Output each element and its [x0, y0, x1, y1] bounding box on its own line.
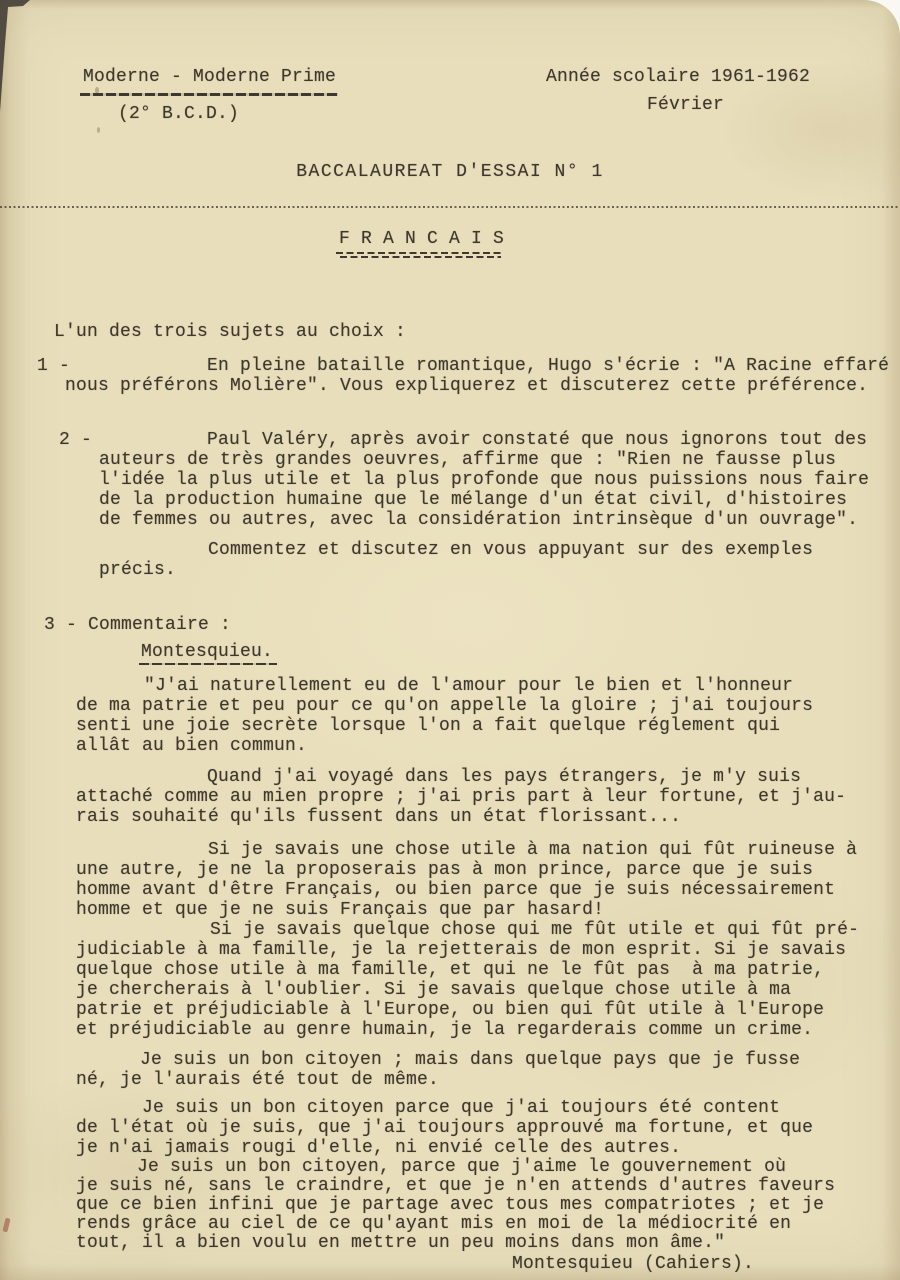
class-label: Moderne - Moderne Prime: [83, 67, 336, 87]
subject-1-text: En pleine bataille romantique, Hugo s'éc…: [65, 356, 895, 396]
subject-2-note: Commentez et discutez en vous appuyant s…: [99, 540, 895, 580]
school-year: Année scolaire 1961-1962: [546, 67, 810, 87]
paper-speck: [97, 127, 100, 133]
quote-paragraph-4: Si je savais quelque chose qui me fût ut…: [76, 920, 888, 1040]
month-label: Février: [647, 95, 724, 115]
subject-3-marker: 3 - Commentaire :: [44, 615, 231, 635]
subject-2-text: Paul Valéry, après avoir constaté que no…: [99, 430, 895, 530]
class-sections: (2° B.C.D.): [118, 104, 239, 124]
paper-stain: [2, 1218, 10, 1233]
perforated-rule: [0, 206, 900, 208]
quote-paragraph-2: Quand j'ai voyagé dans les pays étranger…: [76, 767, 888, 827]
scan-corner-shadow: [0, 0, 32, 114]
subject-heading-underline: [336, 251, 501, 259]
quote-attribution: Montesquieu (Cahiers).: [512, 1254, 754, 1274]
quote-paragraph-6: Je suis un bon citoyen parce que j'ai to…: [76, 1098, 888, 1158]
exam-title: BACCALAUREAT D'ESSAI N° 1: [0, 162, 900, 182]
quote-paragraph-5: Je suis un bon citoyen ; mais dans quelq…: [76, 1050, 888, 1090]
subject-heading: F R A N C A I S: [339, 229, 504, 249]
quote-paragraph-3: Si je savais une chose utile à ma nation…: [76, 840, 888, 920]
class-label-underline: [80, 93, 338, 96]
quote-paragraph-7: Je suis un bon citoyen, parce que j'aime…: [76, 1158, 888, 1253]
quote-author-underline: [139, 663, 277, 665]
subject-2-marker: 2 -: [59, 430, 92, 450]
quote-author-heading: Montesquieu.: [141, 642, 273, 662]
quote-paragraph-1: "J'ai naturellement eu de l'amour pour l…: [76, 676, 888, 756]
choice-instruction: L'un des trois sujets au choix :: [54, 322, 406, 342]
exam-sheet-page: Moderne - Moderne Prime (2° B.C.D.) Anné…: [0, 0, 900, 1280]
